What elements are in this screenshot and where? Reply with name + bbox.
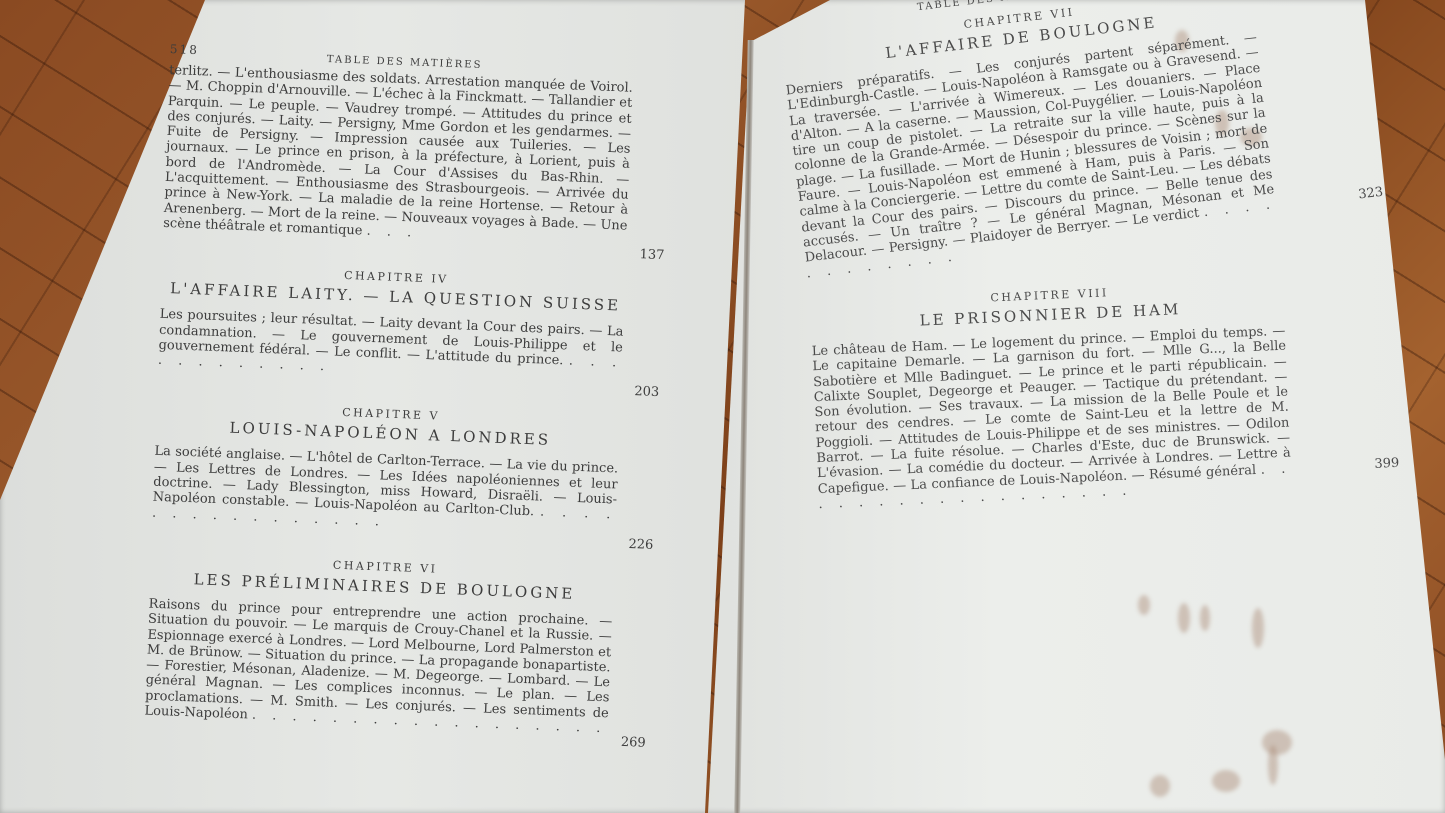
toc-page-ref: 399 <box>1374 456 1399 472</box>
toc-entry-text: Le château de Ham. — Le logement du prin… <box>811 323 1291 496</box>
toc-entry: Raisons du prince pour entreprendre une … <box>144 597 618 737</box>
toc-page-ref: 323 <box>1358 184 1384 202</box>
toc-chapter: CHAPITRE VII L'AFFAIRE DE BOULOGNE Derni… <box>780 0 1285 281</box>
page-number: 518 <box>170 42 199 57</box>
toc-entry-text: terlitz. — L'enthousiasme des soldats. A… <box>163 63 633 238</box>
toc-entry-text: Derniers préparatifs. — Les conjurés par… <box>785 30 1275 266</box>
toc-chapter: CHAPITRE V LOUIS-NAPOLÉON A LONDRES La s… <box>151 399 626 551</box>
toc-chapter: CHAPITRE VIII LE PRISONNIER DE HAM Le ch… <box>810 278 1299 512</box>
toc-entry: Derniers préparatifs. — Les conjurés par… <box>785 29 1284 281</box>
stain-mark <box>1178 603 1190 633</box>
right-page-content: TABLE DES MATIÈRES CHAPITRE VII L'AFFAIR… <box>780 0 1311 511</box>
stain-mark <box>1138 595 1150 615</box>
stain-mark <box>1268 745 1278 785</box>
stain-mark <box>1262 730 1292 755</box>
left-page-content: 518 TABLE DES MATIÈRES terlitz. — L'enth… <box>144 48 640 750</box>
stain-mark <box>1150 775 1170 797</box>
toc-entry: Le château de Ham. — Le logement du prin… <box>811 323 1298 512</box>
toc-entry-text: Raisons du prince pour entreprendre une … <box>144 597 612 723</box>
stain-mark <box>1252 608 1264 648</box>
leader-dots: . . . <box>366 224 417 241</box>
toc-chapter: CHAPITRE IV L'AFFAIRE LAITY. — LA QUESTI… <box>157 262 631 399</box>
stain-mark <box>1212 770 1240 792</box>
stain-mark <box>1200 605 1210 631</box>
toc-chapter: CHAPITRE VI LES PRÉLIMINAIRES DE BOULOGN… <box>144 552 621 750</box>
toc-entry-continued: terlitz. — L'enthousiasme des soldats. A… <box>163 63 639 249</box>
